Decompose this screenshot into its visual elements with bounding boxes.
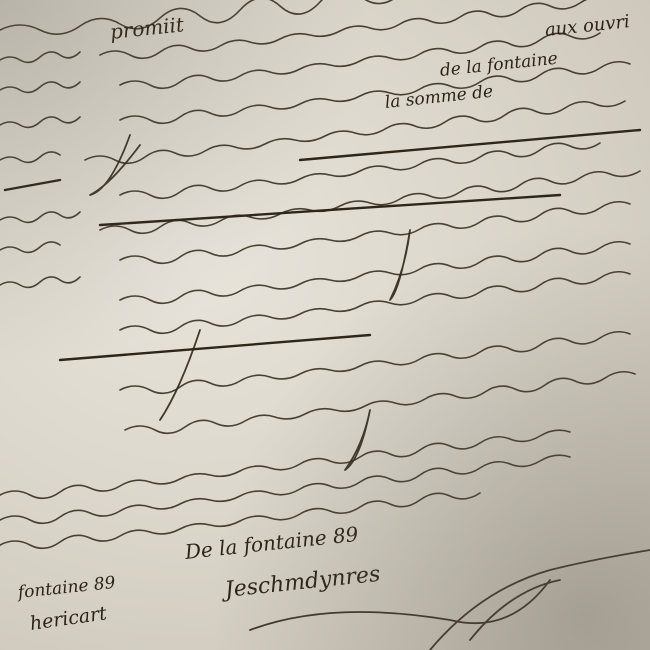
manuscript-photo: promiitaux ouvride la fontainela somme d… (0, 0, 650, 650)
handwriting-strokes (0, 0, 650, 650)
